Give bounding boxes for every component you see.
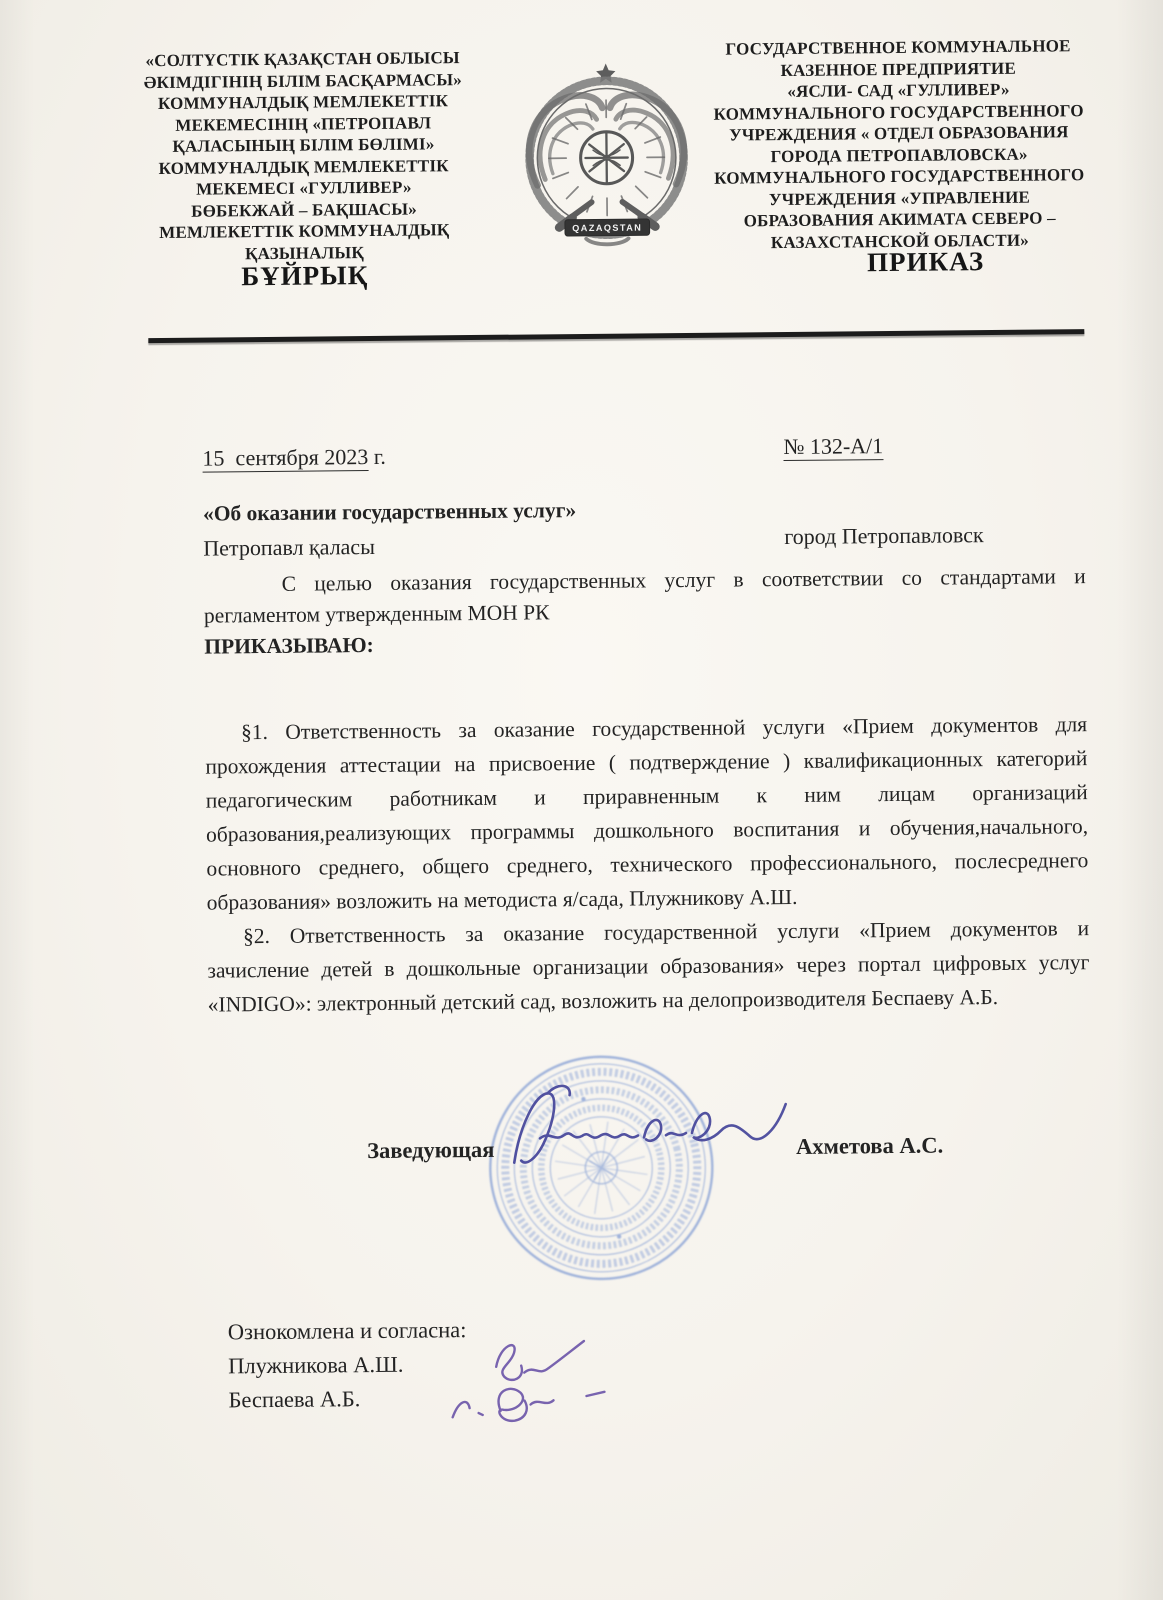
ack-title: Ознокомлена и согласна: (228, 1313, 467, 1349)
header-divider (148, 329, 1084, 343)
emblem-banner-label: QAZAQSTAN (572, 223, 642, 234)
ack-handwritten-signatures (434, 1329, 665, 1435)
doc-place-ru: город Петропавловск (784, 520, 984, 552)
doc-title-kk: БҰЙРЫҚ (144, 259, 466, 293)
preamble: С целью оказания государственных услуг в… (204, 561, 1087, 662)
ack-name-2: Беспаева А.Б. (228, 1381, 467, 1417)
ack-name-1: Плужникова А.Ш. (228, 1347, 467, 1383)
subject-line: «Об оказании государственных услуг» (203, 498, 576, 527)
doc-title-ru: ПРИКАЗ (755, 245, 1095, 279)
order-paragraphs: §1. Ответственность за оказание государс… (205, 707, 1090, 1021)
paragraph-2-line: «INDIGO»: электронный детский сад, возло… (208, 979, 1090, 1021)
kazakhstan-emblem-icon: QAZAQSTAN (508, 57, 706, 261)
org-name-russian: ГОСУДАРСТВЕННОЕ КОММУНАЛЬНОЕ КАЗЕННОЕ ПР… (705, 35, 1092, 254)
signatory-name: Ахметова А.С. (796, 1133, 943, 1160)
acknowledgement-block: Ознокомлена и согласна: Плужникова А.Ш. … (228, 1313, 468, 1417)
signatory-role: Заведующая (367, 1137, 494, 1164)
doc-date-suffix: г. (368, 444, 386, 469)
doc-date: 15 сентября 2023 (202, 444, 368, 473)
handwritten-signature (495, 1076, 816, 1191)
scanned-order-document: «СОЛТҮСТІК ҚАЗАҚСТАН ОБЛЫСЫ ӘКІМДІГІНІҢ … (0, 0, 1163, 1600)
document-sheet: «СОЛТҮСТІК ҚАЗАҚСТАН ОБЛЫСЫ ӘКІМДІГІНІҢ … (0, 0, 1163, 1600)
doc-number: № 132-А/1 (783, 433, 883, 461)
doc-place-kk: Петропавл қаласы (203, 532, 387, 564)
org-name-kazakh: «СОЛТҮСТІК ҚАЗАҚСТАН ОБЛЫСЫ ӘКІМДІГІНІҢ … (142, 47, 466, 265)
